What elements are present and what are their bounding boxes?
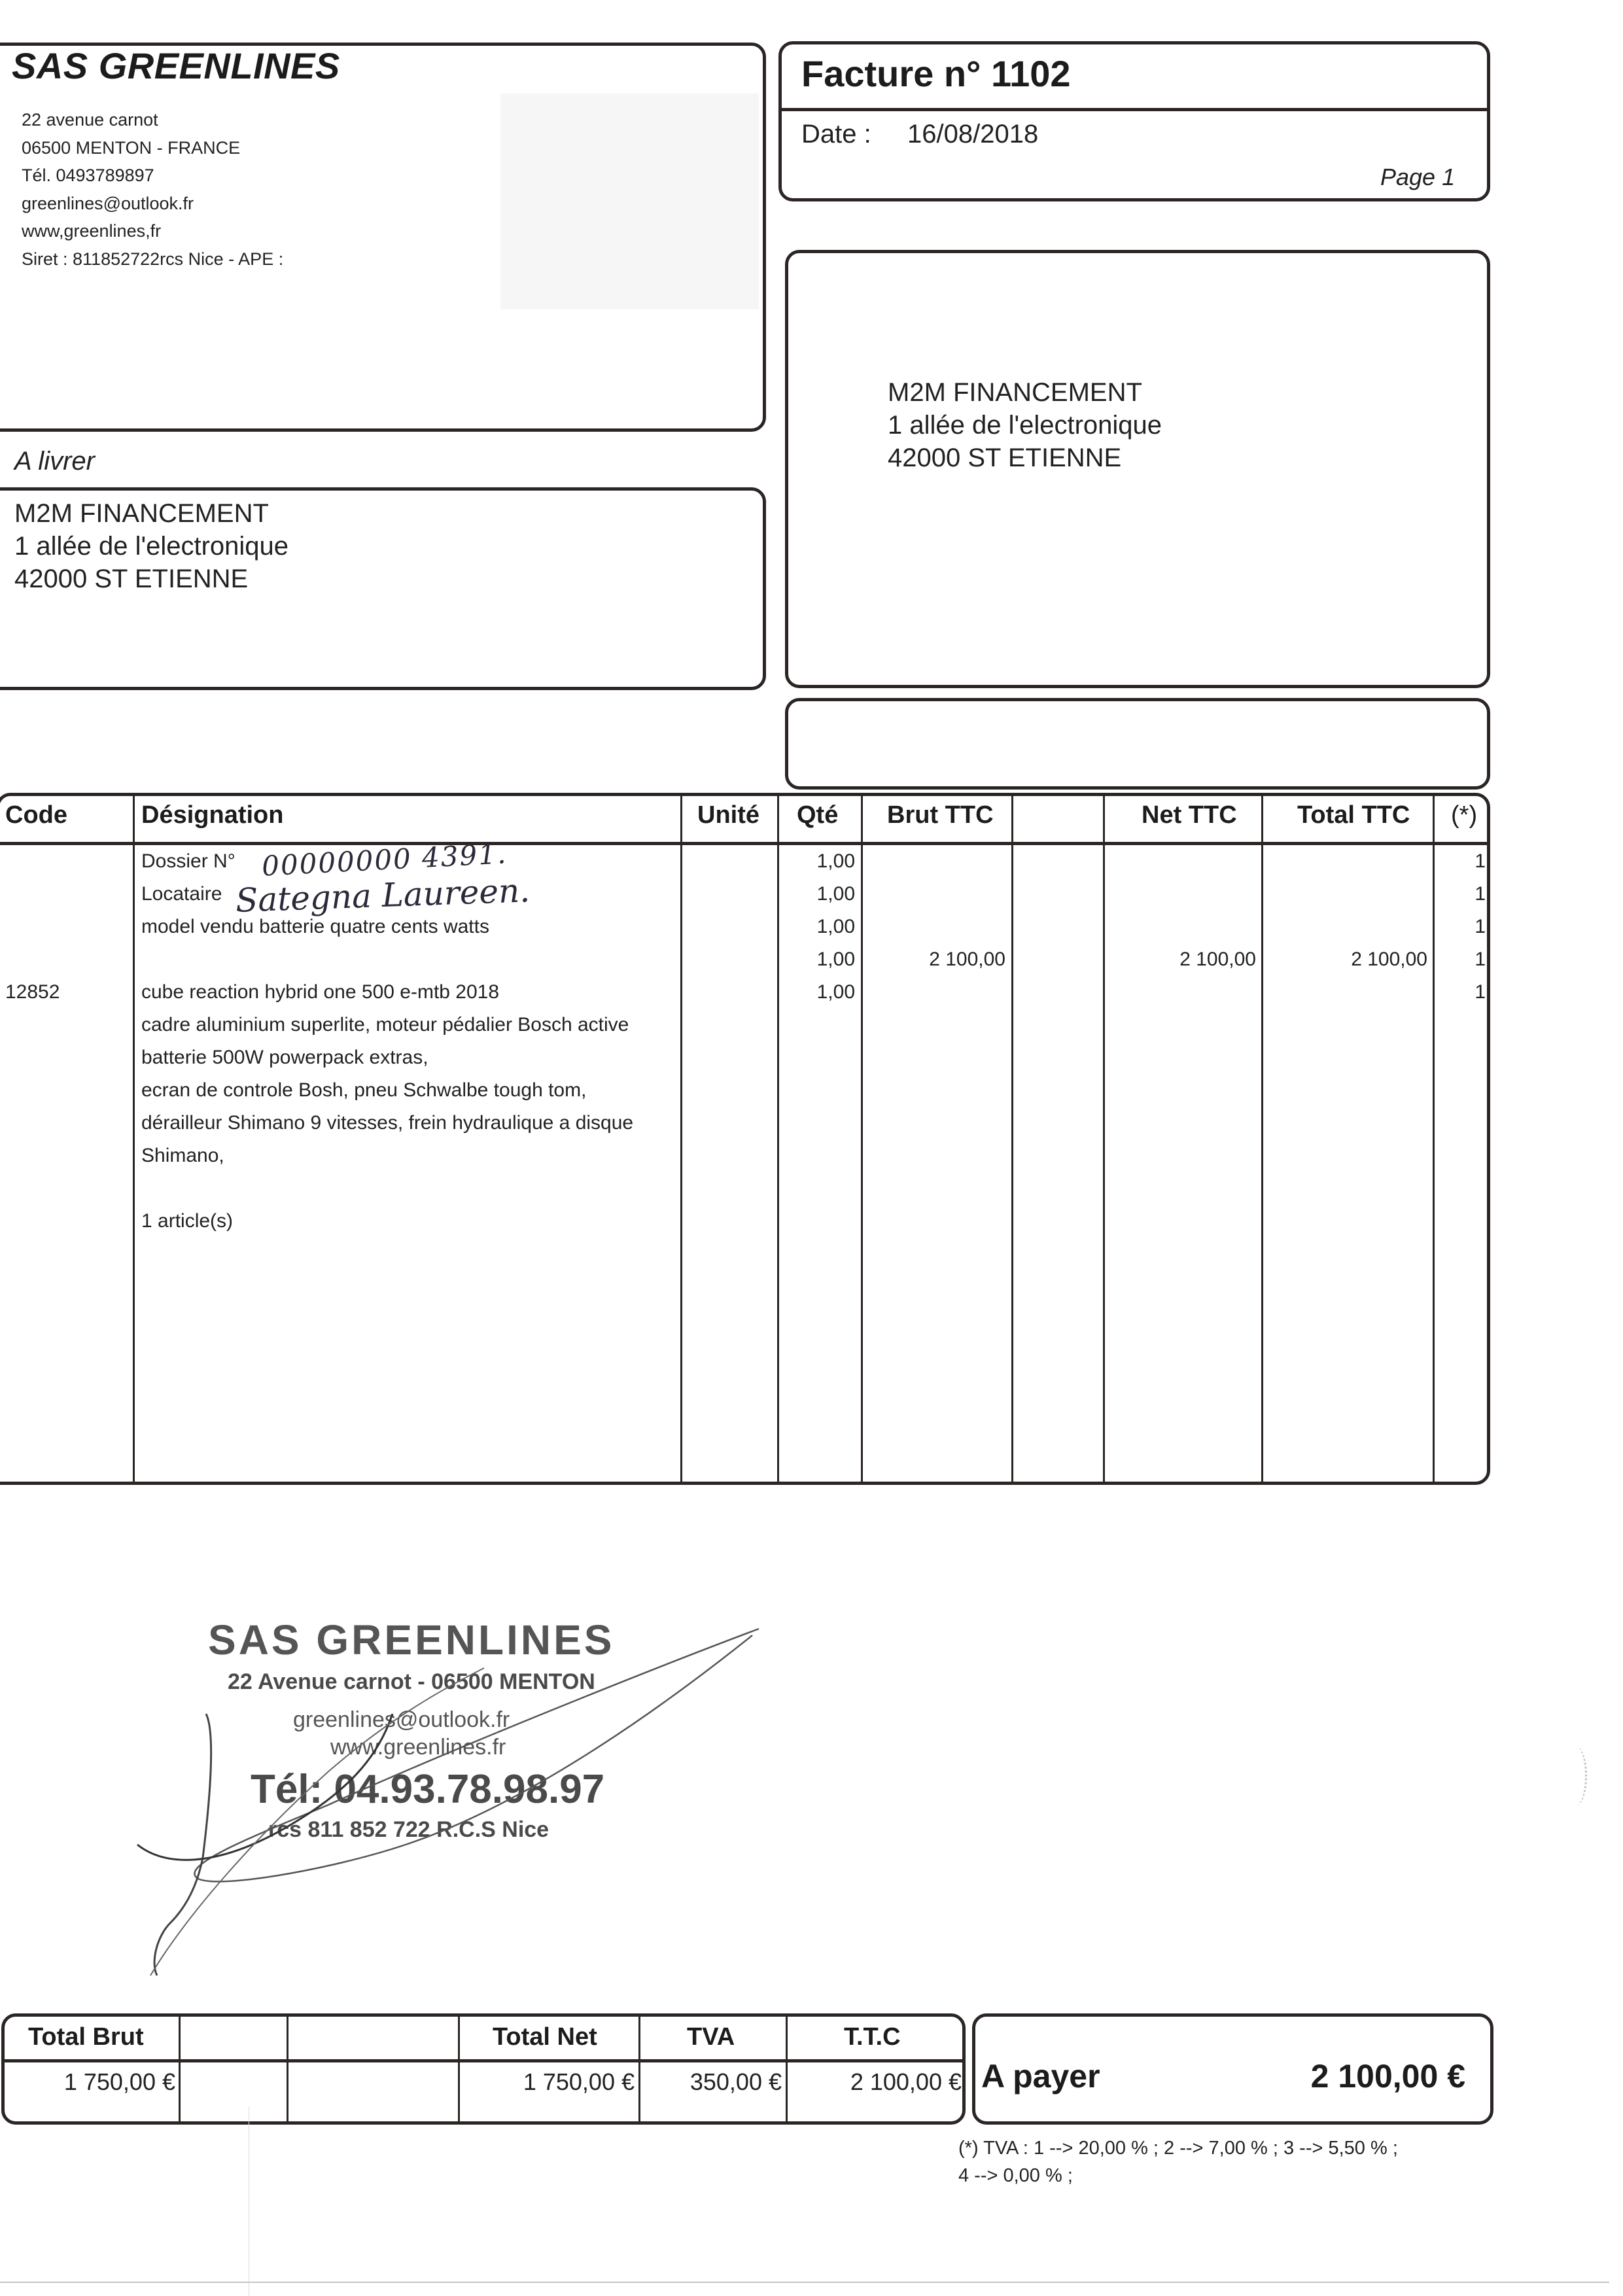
column-divider [638,2015,640,2123]
row-tva-code: 1 [1435,981,1486,1003]
row-quantity: 1,00 [778,850,855,873]
column-header-quantity: Qté [797,801,838,829]
column-divider [287,2015,288,2123]
row-quantity: 1,00 [778,948,855,971]
column-header-tva-code: (*) [1451,801,1477,829]
tva-footnote-line: 4 --> 0,00 % ; [958,2162,1482,2189]
invoice-date: 16/08/2018 [907,120,1038,149]
row-designation: Dossier N° [141,850,236,873]
seller-phone: Tél. 0493789897 [22,162,283,190]
ttc-header: T.T.C [844,2023,901,2051]
column-header-net-ttc: Net TTC [1142,801,1237,829]
column-header-designation: Désignation [141,801,283,829]
total-brut-header: Total Brut [28,2023,144,2051]
logo-placeholder [500,94,759,309]
total-net-header: Total Net [493,2023,597,2051]
amount-due-value: 2 100,00 € [1276,2057,1465,2095]
billing-address: M2M FINANCEMENT 1 allée de l'electroniqu… [888,376,1162,474]
table-header-divider [0,842,1490,845]
delivery-city: 42000 ST ETIENNE [14,563,288,595]
amount-due-label: A payer [981,2057,1100,2095]
column-header-total-ttc: Total TTC [1297,801,1410,829]
total-brut-value: 1 750,00 € [7,2068,175,2096]
column-divider [680,794,682,1484]
column-divider [1011,794,1013,1484]
row-quantity: 1,00 [778,981,855,1003]
column-header-code: Code [5,801,67,829]
row-tva-code: 1 [1435,948,1486,971]
article-count: 1 article(s) [141,1210,233,1232]
row-total-ttc: 2 100,00 [1264,948,1427,971]
tva-footnote-line: (*) TVA : 1 --> 20,00 % ; 2 --> 7,00 % ;… [958,2134,1482,2162]
description-line: Shimano, [141,1145,224,1167]
invoice-title: Facture n° 1102 [801,52,1071,95]
row-designation: cube reaction hybrid one 500 e-mtb 2018 [141,981,499,1003]
tva-header: TVA [687,2023,735,2051]
billing-street: 1 allée de l'electronique [888,409,1162,442]
billing-city: 42000 ST ETIENNE [888,442,1162,474]
row-quantity: 1,00 [778,883,855,905]
column-divider [133,794,135,1484]
row-tva-code: 1 [1435,916,1486,938]
row-designation: model vendu batterie quatre cents watts [141,916,489,938]
scan-artifact-line [0,2282,1609,2283]
signature-icon [131,1596,785,1989]
total-net-value: 1 750,00 € [461,2068,635,2096]
column-divider [786,2015,788,2123]
column-divider [458,2015,460,2123]
page-number: Page 1 [1380,164,1455,191]
column-divider [1261,794,1263,1484]
row-tva-code: 1 [1435,883,1486,905]
seller-website: www,greenlines,fr [22,217,283,245]
divider [778,108,1490,111]
ttc-value: 2 100,00 € [788,2068,962,2096]
column-divider [861,794,863,1484]
delivery-label: A livrer [14,447,95,476]
billing-name: M2M FINANCEMENT [888,376,1162,409]
scan-speckle [1565,1747,1587,1805]
date-label: Date : [801,120,871,149]
row-code: 12852 [5,981,60,1003]
seller-name: SAS GREENLINES [12,44,340,87]
row-designation: Locataire [141,883,222,905]
row-brut-ttc: 2 100,00 [864,948,1005,971]
column-header-unit: Unité [697,801,759,829]
description-line: cadre aluminium superlite, moteur pédali… [141,1014,686,1036]
row-tva-code: 1 [1435,850,1486,873]
items-table [0,793,1490,1485]
delivery-name: M2M FINANCEMENT [14,497,288,530]
seller-email: greenlines@outlook.fr [22,190,283,218]
seller-city: 06500 MENTON - FRANCE [22,134,283,162]
seller-details: 22 avenue carnot 06500 MENTON - FRANCE T… [22,106,283,273]
row-quantity: 1,00 [778,916,855,938]
seller-address: 22 avenue carnot [22,106,283,134]
column-header-brut-ttc: Brut TTC [887,801,994,829]
description-line: dérailleur Shimano 9 vitesses, frein hyd… [141,1112,686,1134]
tva-value: 350,00 € [641,2068,782,2096]
description-line: ecran de controle Bosh, pneu Schwalbe to… [141,1079,586,1102]
totals-header-divider [3,2059,964,2062]
delivery-street: 1 allée de l'electronique [14,530,288,563]
column-divider [179,2015,181,2123]
empty-info-box [785,698,1490,790]
delivery-address: M2M FINANCEMENT 1 allée de l'electroniqu… [14,497,288,595]
description-line: batterie 500W powerpack extras, [141,1047,428,1069]
row-net-ttc: 2 100,00 [1106,948,1256,971]
scan-artifact-line [249,2106,249,2296]
seller-siret: Siret : 811852722rcs Nice - APE : [22,245,283,273]
column-divider [1103,794,1105,1484]
tva-footnote: (*) TVA : 1 --> 20,00 % ; 2 --> 7,00 % ;… [958,2134,1482,2189]
